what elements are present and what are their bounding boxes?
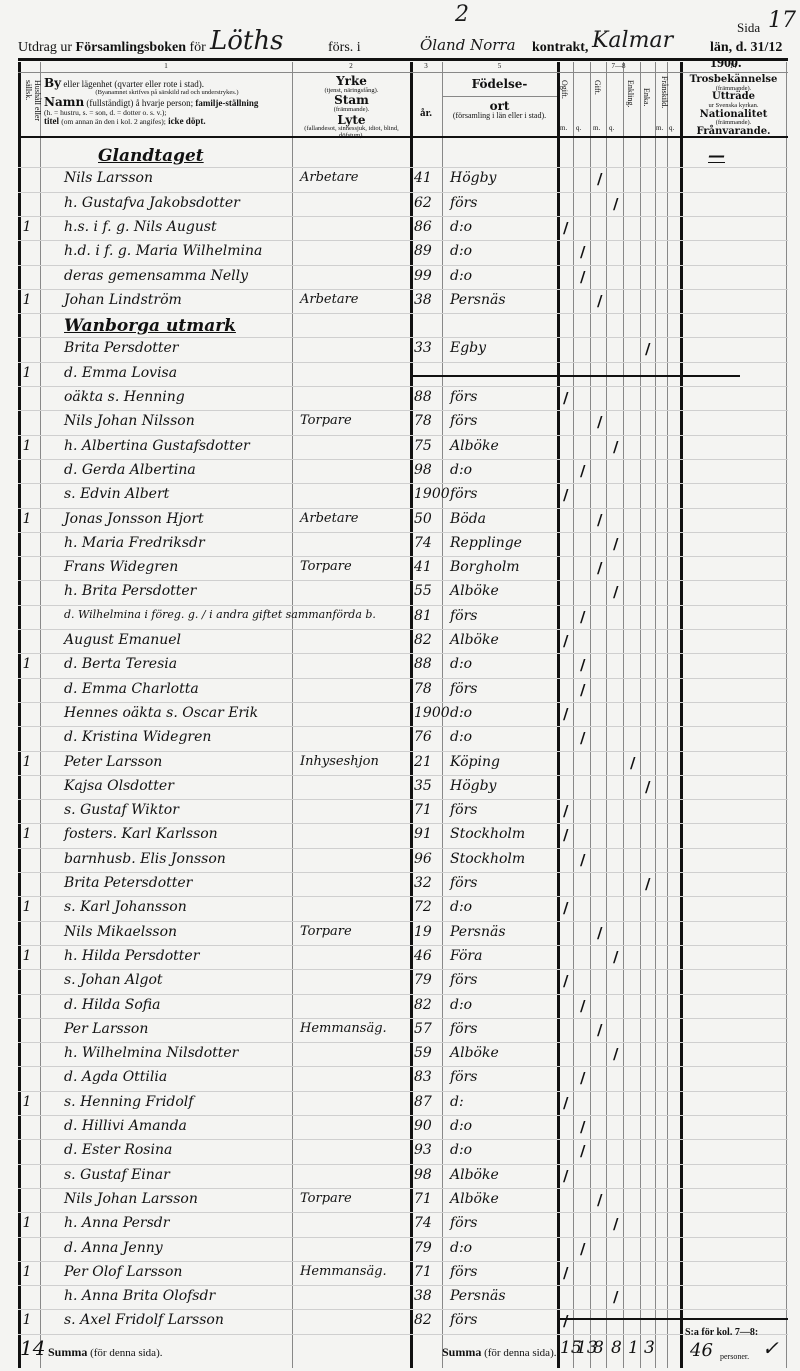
person-name: Jonas Jonsson Hjort <box>64 511 204 527</box>
status-check-gift-m: / <box>597 1191 602 1209</box>
titel-label: titel <box>44 116 59 126</box>
birth-place: förs <box>450 875 478 891</box>
birth-place: d:o <box>450 243 472 259</box>
occupation: Torpare <box>300 413 352 428</box>
status-check-gift-m: / <box>597 559 602 577</box>
birth-year: 82 <box>414 632 444 648</box>
birth-year: 74 <box>414 535 444 551</box>
occupation: Inhyseshjon <box>300 754 379 769</box>
birth-year: 96 <box>414 851 444 867</box>
status-check-gift-m: / <box>597 413 602 431</box>
status-check-gift-m: / <box>597 1021 602 1039</box>
birth-place: d:o <box>450 462 472 478</box>
birth-year: 21 <box>414 754 444 770</box>
person-name: Hennes oäkta s. Oscar Erik <box>64 705 258 721</box>
table-row: 1h. Hilda Persdotter46Föra/ <box>18 946 788 970</box>
table-row: h. Wilhelmina Nilsdotter59Alböke/ <box>18 1043 788 1067</box>
birth-year: 71 <box>414 1191 444 1207</box>
table-row: Brita Petersdotter32förs/ <box>18 873 788 897</box>
mq-label: q. <box>576 124 581 132</box>
birth-place: Persnäs <box>450 292 506 308</box>
birth-place: Böda <box>450 511 486 527</box>
birth-place: d:o <box>450 656 472 672</box>
household-mark: 1 <box>20 1094 34 1110</box>
kontrakt-label: kontrakt, <box>532 40 588 56</box>
table-row: Per LarssonHemmansäg.57förs/ <box>18 1019 788 1043</box>
status-check-ogift-q: / <box>580 243 585 261</box>
mq-label: m. <box>656 124 663 132</box>
birth-year: 99 <box>414 268 444 284</box>
person-name: d. Agda Ottilia <box>64 1069 167 1085</box>
household-mark: 1 <box>20 1215 34 1231</box>
table-row: 1d. Berta Teresia88d:o/ <box>18 654 788 678</box>
birth-place: förs <box>450 195 478 211</box>
sum-gift-m: 8 <box>593 1338 604 1358</box>
mq-label: q. <box>669 124 674 132</box>
person-name: Peter Larsson <box>64 754 162 770</box>
sum-gift-q: 8 <box>611 1338 622 1358</box>
birth-place: förs <box>450 1215 478 1231</box>
summa-right: Summa (för denna sida). <box>442 1345 556 1360</box>
status-check-ogift-q: / <box>580 997 585 1015</box>
birth-year: 19 <box>414 924 444 940</box>
birth-place: Alböke <box>450 632 499 648</box>
table-row: Hennes oäkta s. Oscar Erik1900d:o/ <box>18 703 788 727</box>
birth-place: d:o <box>450 899 472 915</box>
birth-place: d: <box>450 1094 464 1110</box>
familje-rest: (h. = hustru, s. = son, d. = dotter o. s… <box>44 108 166 117</box>
person-name: deras gemensamma Nelly <box>64 268 248 284</box>
birth-place: Föra <box>450 948 482 964</box>
birth-place: Högby <box>450 170 496 186</box>
person-name: barnhusb. Elis Jonsson <box>64 851 226 867</box>
birth-place: förs <box>450 1021 478 1037</box>
col14-header: Trosbekännelse (främmande). Utträde ur S… <box>681 75 786 137</box>
status-check-gift-m: / <box>597 511 602 529</box>
occupation: Hemmansäg. <box>300 1264 387 1279</box>
birth-year: 91 <box>414 826 444 842</box>
person-name: s. Henning Fridolf <box>64 1094 193 1110</box>
sum-enkling: 1 <box>628 1338 639 1358</box>
titel-rest: (om annan än den i kol. 2 angifes); <box>61 117 166 126</box>
status-check-ogift-m: / <box>563 705 568 723</box>
page-number-handwritten: 2 <box>455 2 469 27</box>
table-row: d. Gerda Albertina98d:o/ <box>18 460 788 484</box>
birth-year: 87 <box>414 1094 444 1110</box>
birth-place: förs <box>450 486 478 502</box>
title-prefix: Utdrag ur <box>18 40 72 55</box>
row-rule <box>18 1334 788 1335</box>
strike-line <box>410 375 740 377</box>
status-check-gift-q: / <box>613 1045 618 1063</box>
enka-header: Enka. <box>642 88 651 128</box>
table-row: 1h. Anna Persdr74förs/ <box>18 1213 788 1237</box>
person-name: s. Edvin Albert <box>64 486 169 502</box>
birth-place: Borgholm <box>450 559 520 575</box>
status-check-ogift-q: / <box>580 729 585 747</box>
birth-year: 41 <box>414 170 444 186</box>
table-row: 1h.s. i f. g. Nils August86d:o/ <box>18 217 788 241</box>
status-check-ogift-q: / <box>580 1118 585 1136</box>
sa-kol-label: S:a för kol. 7—8: <box>685 1327 758 1338</box>
birth-place: Alböke <box>450 583 499 599</box>
person-name: s. Axel Fridolf Larsson <box>64 1312 224 1328</box>
person-name: Johan Lindström <box>64 292 182 308</box>
status-check-ogift-q: / <box>580 656 585 674</box>
birth-place: förs <box>450 1312 478 1328</box>
table-row: d. Hillivi Amanda90d:o/ <box>18 1116 788 1140</box>
birth-place: Alböke <box>450 438 499 454</box>
tros-label: Trosbekännelse <box>681 75 786 86</box>
col1-header: By eller lägenhet (qvarter eller rote i … <box>44 77 290 126</box>
table-row: d. Wilhelmina i föreg. g. / i andra gift… <box>18 606 788 630</box>
column-number: 3 <box>410 62 442 70</box>
birth-place: Stockholm <box>450 826 525 842</box>
birth-place: d:o <box>450 1240 472 1256</box>
sida-value: 17 <box>768 8 796 33</box>
person-name: August Emanuel <box>64 632 181 648</box>
person-name: oäkta s. Henning <box>64 389 185 405</box>
status-check-ogift-m: / <box>563 1094 568 1112</box>
person-name: h. Hilda Persdotter <box>64 948 199 964</box>
birth-place: förs <box>450 681 478 697</box>
column-number: 5 <box>442 62 557 70</box>
person-name: d. Berta Teresia <box>64 656 177 672</box>
familje-label: familje-ställning <box>195 98 258 108</box>
sida-label: Sida <box>737 20 760 36</box>
birth-place: d:o <box>450 268 472 284</box>
status-check-ogift-m: / <box>563 219 568 237</box>
status-check-ogift-q: / <box>580 462 585 480</box>
birth-year: 1900 <box>414 705 444 721</box>
status-check-ogift-q: / <box>580 1142 585 1160</box>
birth-place: förs <box>450 1069 478 1085</box>
household-mark: 1 <box>20 365 34 381</box>
birth-year: 82 <box>414 997 444 1013</box>
birth-year: 71 <box>414 1264 444 1280</box>
occupation: Torpare <box>300 559 352 574</box>
person-name: d. Kristina Widegren <box>64 729 211 745</box>
hushall-header: Hushåll eller sällsk. <box>24 80 42 132</box>
check-icon: ✓ <box>762 1336 779 1360</box>
birth-place: d:o <box>450 1142 472 1158</box>
namn-rest: (fullständigt) å hvarje person; <box>86 98 193 108</box>
status-check-ogift-q: / <box>580 1069 585 1087</box>
birth-year: 81 <box>414 608 444 624</box>
status-check-ogift-q: / <box>580 1240 585 1258</box>
birth-place: d:o <box>450 997 472 1013</box>
household-mark: 1 <box>20 292 34 308</box>
table-row: deras gemensamma Nelly99d:o/ <box>18 266 788 290</box>
household-mark: 1 <box>20 1264 34 1280</box>
table-row: Brita Persdotter33Egby/ <box>18 338 788 362</box>
household-mark: 1 <box>20 511 34 527</box>
table-row: Nils Johan NilssonTorpare78förs/ <box>18 411 788 435</box>
status-check-ogift-q: / <box>580 851 585 869</box>
birth-year: 57 <box>414 1021 444 1037</box>
birth-year: 62 <box>414 195 444 211</box>
table-row: h. Anna Brita Olofsdr38Persnäs/ <box>18 1286 788 1310</box>
person-name: Frans Widegren <box>64 559 178 575</box>
person-name: s. Johan Algot <box>64 972 163 988</box>
column-number: 1 <box>40 62 292 70</box>
table-row: 1Peter LarssonInhyseshjon21Köping/ <box>18 752 788 776</box>
status-check-enka: / <box>645 778 650 796</box>
birth-place: d:o <box>450 705 472 721</box>
col2-header: Yrke (tjenst, näringsfång). Stam (främma… <box>293 75 410 140</box>
table-row: d. Emma Charlotta78förs/ <box>18 679 788 703</box>
status-check-gift-m: / <box>597 924 602 942</box>
birth-year: 46 <box>414 948 444 964</box>
birth-place: Stockholm <box>450 851 525 867</box>
birth-year: 41 <box>414 559 444 575</box>
birth-year: 88 <box>414 656 444 672</box>
table-row: Frans WidegrenTorpare41Borgholm/ <box>18 557 788 581</box>
status-check-gift-q: / <box>613 535 618 553</box>
table-row: 1h. Albertina Gustafsdotter75Alböke/ <box>18 436 788 460</box>
birth-place: Egby <box>450 340 486 356</box>
households-total: 14 <box>20 1336 45 1360</box>
person-name: d. Hilda Sofia <box>64 997 161 1013</box>
birth-year: 88 <box>414 389 444 405</box>
occupation: Torpare <box>300 924 352 939</box>
mq-label: q. <box>609 124 614 132</box>
household-mark: 1 <box>20 219 34 235</box>
village-heading: Wanborga utmark <box>18 314 788 338</box>
birth-place: förs <box>450 413 478 429</box>
status-check-ogift-m: / <box>563 1167 568 1185</box>
occupation: Arbetare <box>300 292 359 307</box>
birth-year: 35 <box>414 778 444 794</box>
birth-year: 93 <box>414 1142 444 1158</box>
table-row: barnhusb. Elis Jonsson96Stockholm/ <box>18 849 788 873</box>
person-name: h. Wilhelmina Nilsdotter <box>64 1045 238 1061</box>
column-number: 14 <box>680 62 786 70</box>
birth-year: 90 <box>414 1118 444 1134</box>
table-row: h. Brita Persdotter55Alböke/ <box>18 581 788 605</box>
title-for: för <box>190 40 206 55</box>
birth-year: 82 <box>414 1312 444 1328</box>
ogift-header: Ogift. <box>560 80 569 120</box>
household-mark: 1 <box>20 438 34 454</box>
status-check-gift-q: / <box>613 583 618 601</box>
by-rest: eller lägenhet (qvarter eller rote i sta… <box>63 79 204 89</box>
column-number: 7—8 <box>557 62 680 70</box>
person-name: Per Larsson <box>64 1021 148 1037</box>
table-row: h.d. i f. g. Maria Wilhelmina89d:o/ <box>18 241 788 265</box>
birth-place: förs <box>450 389 478 405</box>
table-row: d. Anna Jenny79d:o/ <box>18 1238 788 1262</box>
status-check-gift-m: / <box>597 292 602 310</box>
birth-year: 79 <box>414 972 444 988</box>
birth-place: förs <box>450 608 478 624</box>
table-row: 1Jonas Jonsson HjortArbetare50Böda/ <box>18 509 788 533</box>
birth-year: 98 <box>414 1167 444 1183</box>
person-name: h.s. i f. g. Nils August <box>64 219 217 235</box>
birth-year: 98 <box>414 462 444 478</box>
summa-left: Summa (för denna sida). <box>48 1345 162 1360</box>
summary-rule <box>557 1318 788 1320</box>
person-name: Per Olof Larsson <box>64 1264 182 1280</box>
document-title: Utdrag ur Församlingsboken för <box>18 40 206 56</box>
enkling-header: Enkling. <box>626 80 635 130</box>
table-row: 1Johan LindströmArbetare38Persnäs/ <box>18 290 788 314</box>
birth-place: Högby <box>450 778 496 794</box>
status-check-ogift-m: / <box>563 802 568 820</box>
person-name: Nils Johan Larsson <box>64 1191 198 1207</box>
table-row: 1s. Karl Johansson72d:o/ <box>18 897 788 921</box>
table-row: Nils LarssonArbetare41Högby/ <box>18 168 788 192</box>
household-mark: 1 <box>20 754 34 770</box>
birth-year: 75 <box>414 438 444 454</box>
household-mark: 1 <box>20 899 34 915</box>
occupation: Hemmansäg. <box>300 1021 387 1036</box>
birth-place: d:o <box>450 219 472 235</box>
household-mark: 1 <box>20 656 34 672</box>
table-row: s. Edvin Albert1900förs/ <box>18 484 788 508</box>
person-name: d. Ester Rosina <box>64 1142 172 1158</box>
birth-place: Köping <box>450 754 500 770</box>
table-row: Nils MikaelssonTorpare19Persnäs/ <box>18 922 788 946</box>
birth-place: Persnäs <box>450 924 506 940</box>
birth-year: 71 <box>414 802 444 818</box>
household-mark: 1 <box>20 948 34 964</box>
birth-year: 86 <box>414 219 444 235</box>
village-name: Wanborga utmark <box>64 316 236 336</box>
table-row: s. Gustaf Einar98Alböke/ <box>18 1165 788 1189</box>
status-check-ogift-m: / <box>563 632 568 650</box>
person-name: d. Anna Jenny <box>64 1240 163 1256</box>
birth-year: 74 <box>414 1215 444 1231</box>
birth-year: 1900 <box>414 486 444 502</box>
mq-label: m. <box>593 124 600 132</box>
birth-year: 78 <box>414 681 444 697</box>
status-check-ogift-m: / <box>563 389 568 407</box>
table-row: Nils Johan LarssonTorpare71Alböke/ <box>18 1189 788 1213</box>
village-heading: Glandtaget— <box>18 144 788 168</box>
table-row: August Emanuel82Alböke/ <box>18 630 788 654</box>
person-name: h. Anna Brita Olofsdr <box>64 1288 215 1304</box>
birth-place: Alböke <box>450 1191 499 1207</box>
person-name: d. Hillivi Amanda <box>64 1118 187 1134</box>
status-check-gift-q: / <box>613 948 618 966</box>
column-number: 2 <box>292 62 410 70</box>
status-check-gift-q: / <box>613 1215 618 1233</box>
fodelse-label: Födelse- <box>442 78 557 91</box>
table-row: 1s. Axel Fridolf Larsson82förs/ <box>18 1310 788 1334</box>
title-bold: Församlingsboken <box>76 40 186 55</box>
table-row: d. Hilda Sofia82d:o/ <box>18 995 788 1019</box>
status-check-ogift-q: / <box>580 268 585 286</box>
occupation: Arbetare <box>300 511 359 526</box>
status-check-ogift-m: / <box>563 1312 568 1330</box>
birth-year: 55 <box>414 583 444 599</box>
person-name: Nils Larsson <box>64 170 153 186</box>
status-check-ogift-m: / <box>563 972 568 990</box>
table-row: d. Agda Ottilia83förs/ <box>18 1067 788 1091</box>
ort-note: (församling i län eller i stad). <box>442 112 557 120</box>
year-header: år. <box>410 108 442 120</box>
status-check-gift-q: / <box>613 1288 618 1306</box>
person-name: h. Albertina Gustafsdotter <box>64 438 250 454</box>
birth-year: 72 <box>414 899 444 915</box>
table-row: h. Maria Fredriksdr74Repplinge/ <box>18 533 788 557</box>
status-check-gift-m: / <box>597 170 602 188</box>
person-name: Nils Johan Nilsson <box>64 413 195 429</box>
person-name: d. Wilhelmina i föreg. g. / i andra gift… <box>64 608 376 621</box>
birth-place: d:o <box>450 729 472 745</box>
table-row: s. Johan Algot79förs/ <box>18 970 788 994</box>
person-name: d. Emma Charlotta <box>64 681 199 697</box>
status-check-ogift-m: / <box>563 826 568 844</box>
header-rule <box>18 136 788 138</box>
table-row: 1s. Henning Fridolf87d:/ <box>18 1092 788 1116</box>
birth-year: 32 <box>414 875 444 891</box>
icke-dopt-label: icke döpt. <box>168 116 206 126</box>
franskild-header: Frånskild. <box>660 76 669 124</box>
table-row: 1Per Olof LarssonHemmansäg.71förs/ <box>18 1262 788 1286</box>
parish-name: Löths <box>210 26 283 56</box>
birth-year: 89 <box>414 243 444 259</box>
table-row: d. Ester Rosina93d:o/ <box>18 1140 788 1164</box>
person-name: Kajsa Olsdotter <box>64 778 174 794</box>
kontrakt-name: Öland Norra <box>420 36 516 54</box>
birth-place: förs <box>450 802 478 818</box>
birth-year: 79 <box>414 1240 444 1256</box>
household-mark: 1 <box>20 826 34 842</box>
table-row: s. Gustaf Wiktor71förs/ <box>18 800 788 824</box>
village-name: Glandtaget <box>98 146 204 166</box>
birth-year: 50 <box>414 511 444 527</box>
gift-header: Gift. <box>593 80 602 120</box>
person-name: d. Gerda Albertina <box>64 462 196 478</box>
status-check-ogift-m: / <box>563 899 568 917</box>
status-check-gift-q: / <box>613 195 618 213</box>
birth-place: d:o <box>450 1118 472 1134</box>
status-check-ogift-m: / <box>563 1264 568 1282</box>
birth-place: Persnäs <box>450 1288 506 1304</box>
person-name: Brita Petersdotter <box>64 875 192 891</box>
birth-year: 38 <box>414 1288 444 1304</box>
col5-header: Födelse- ort (församling i län eller i s… <box>442 78 557 121</box>
person-name: h.d. i f. g. Maria Wilhelmina <box>64 243 262 259</box>
person-name: h. Anna Persdr <box>64 1215 169 1231</box>
person-name: h. Gustafva Jakobsdotter <box>64 195 240 211</box>
person-name: Nils Mikaelsson <box>64 924 177 940</box>
person-name: Brita Persdotter <box>64 340 178 356</box>
birth-year: 59 <box>414 1045 444 1061</box>
sa-kol-value: 46 <box>690 1340 713 1361</box>
status-check-ogift-m: / <box>563 486 568 504</box>
occupation: Torpare <box>300 1191 352 1206</box>
birth-place: förs <box>450 972 478 988</box>
person-name: h. Brita Persdotter <box>64 583 196 599</box>
birth-year: 76 <box>414 729 444 745</box>
status-check-ogift-q: / <box>580 608 585 626</box>
status-check-enkling: / <box>630 754 635 772</box>
status-check-gift-q: / <box>613 438 618 456</box>
birth-place: Alböke <box>450 1167 499 1183</box>
table-row: oäkta s. Henning88förs/ <box>18 387 788 411</box>
person-name: s. Karl Johansson <box>64 899 187 915</box>
lan-name: Kalmar <box>592 28 673 53</box>
sa-unit: personer. <box>720 1352 749 1361</box>
person-name: h. Maria Fredriksdr <box>64 535 205 551</box>
household-mark: 1 <box>20 1312 34 1328</box>
fors-label: förs. i <box>328 40 361 56</box>
person-name: d. Emma Lovisa <box>64 365 177 381</box>
birth-place: förs <box>450 1264 478 1280</box>
